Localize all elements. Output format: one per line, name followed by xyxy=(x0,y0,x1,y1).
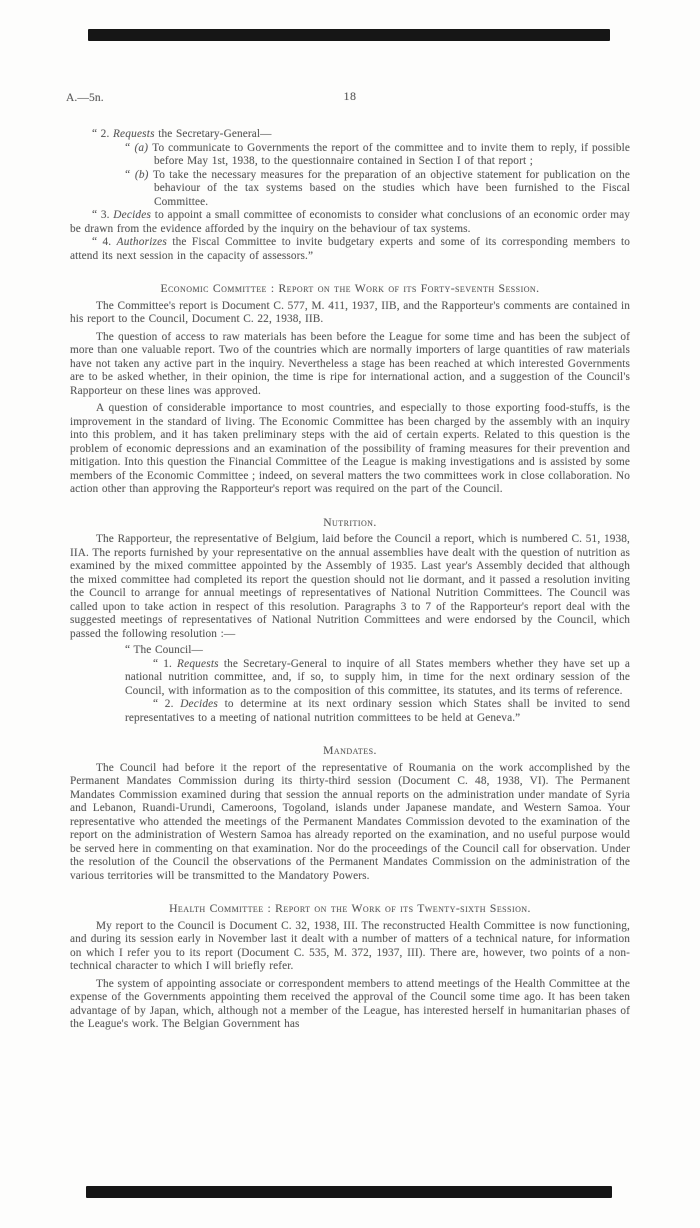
text-run: To communicate to Governments the report… xyxy=(152,142,630,168)
scan-artifact-bar-bottom xyxy=(86,1186,612,1198)
quote-number: “ 1. xyxy=(153,658,177,670)
economic-para-2: The question of access to raw materials … xyxy=(70,331,630,399)
nutrition-para-1: The Rapporteur, the representative of Be… xyxy=(70,533,630,641)
page-number: 18 xyxy=(70,90,630,104)
health-committee-heading: Health Committee : Report on the Work of… xyxy=(70,902,630,916)
mandates-heading: Mandates. xyxy=(70,744,630,758)
text-run: to appoint a small committee of economis… xyxy=(70,209,630,235)
nutrition-resolution-item-1: “ 1. Requests the Secretary-General to i… xyxy=(125,658,630,699)
resolution-verb: Decides xyxy=(180,698,218,710)
text-run: the Secretary-General— xyxy=(155,128,272,140)
mandates-para-1: The Council had before it the report of … xyxy=(70,762,630,884)
quote-number: “ 2. xyxy=(153,698,180,710)
text-run: To take the necessary measures for the p… xyxy=(153,169,630,208)
nutrition-resolution-item-2: “ 2. Decides to determine at its next or… xyxy=(125,698,630,725)
fiscal-resolution-item-3: “ 3. Decides to appoint a small committe… xyxy=(70,209,630,236)
page-header: A.—5n. 18 xyxy=(70,92,630,107)
quote-number: “ 3. xyxy=(92,209,113,221)
fiscal-resolution-item-2: “ 2. Requests the Secretary-General— xyxy=(92,128,630,142)
resolution-verb: Requests xyxy=(177,658,219,670)
nutrition-heading: Nutrition. xyxy=(70,516,630,530)
sub-item-label: “ (a) xyxy=(124,142,152,154)
fiscal-resolution-item-4: “ 4. Authorizes the Fiscal Committee to … xyxy=(70,236,630,263)
quote-number: “ 4. xyxy=(92,236,117,248)
economic-committee-heading: Economic Committee : Report on the Work … xyxy=(70,282,630,296)
fiscal-resolution-sub-a: “ (a) To communicate to Governments the … xyxy=(154,142,630,169)
economic-para-3: A question of considerable importance to… xyxy=(70,402,630,497)
sub-item-label: “ (b) xyxy=(124,169,153,181)
health-para-1: My report to the Council is Document C. … xyxy=(70,920,630,974)
health-para-2: The system of appointing associate or co… xyxy=(70,978,630,1032)
document-page: A.—5n. 18 “ 2. Requests the Secretary-Ge… xyxy=(70,0,630,1032)
fiscal-resolution-sub-b: “ (b) To take the necessary measures for… xyxy=(154,169,630,210)
resolution-verb: Decides xyxy=(113,209,151,221)
resolution-verb: Requests xyxy=(113,128,155,140)
resolution-verb: Authorizes xyxy=(117,236,167,248)
economic-para-1: The Committee's report is Document C. 57… xyxy=(70,300,630,327)
quote-number: “ 2. xyxy=(92,128,113,140)
nutrition-resolution-intro: “ The Council— xyxy=(125,644,630,658)
